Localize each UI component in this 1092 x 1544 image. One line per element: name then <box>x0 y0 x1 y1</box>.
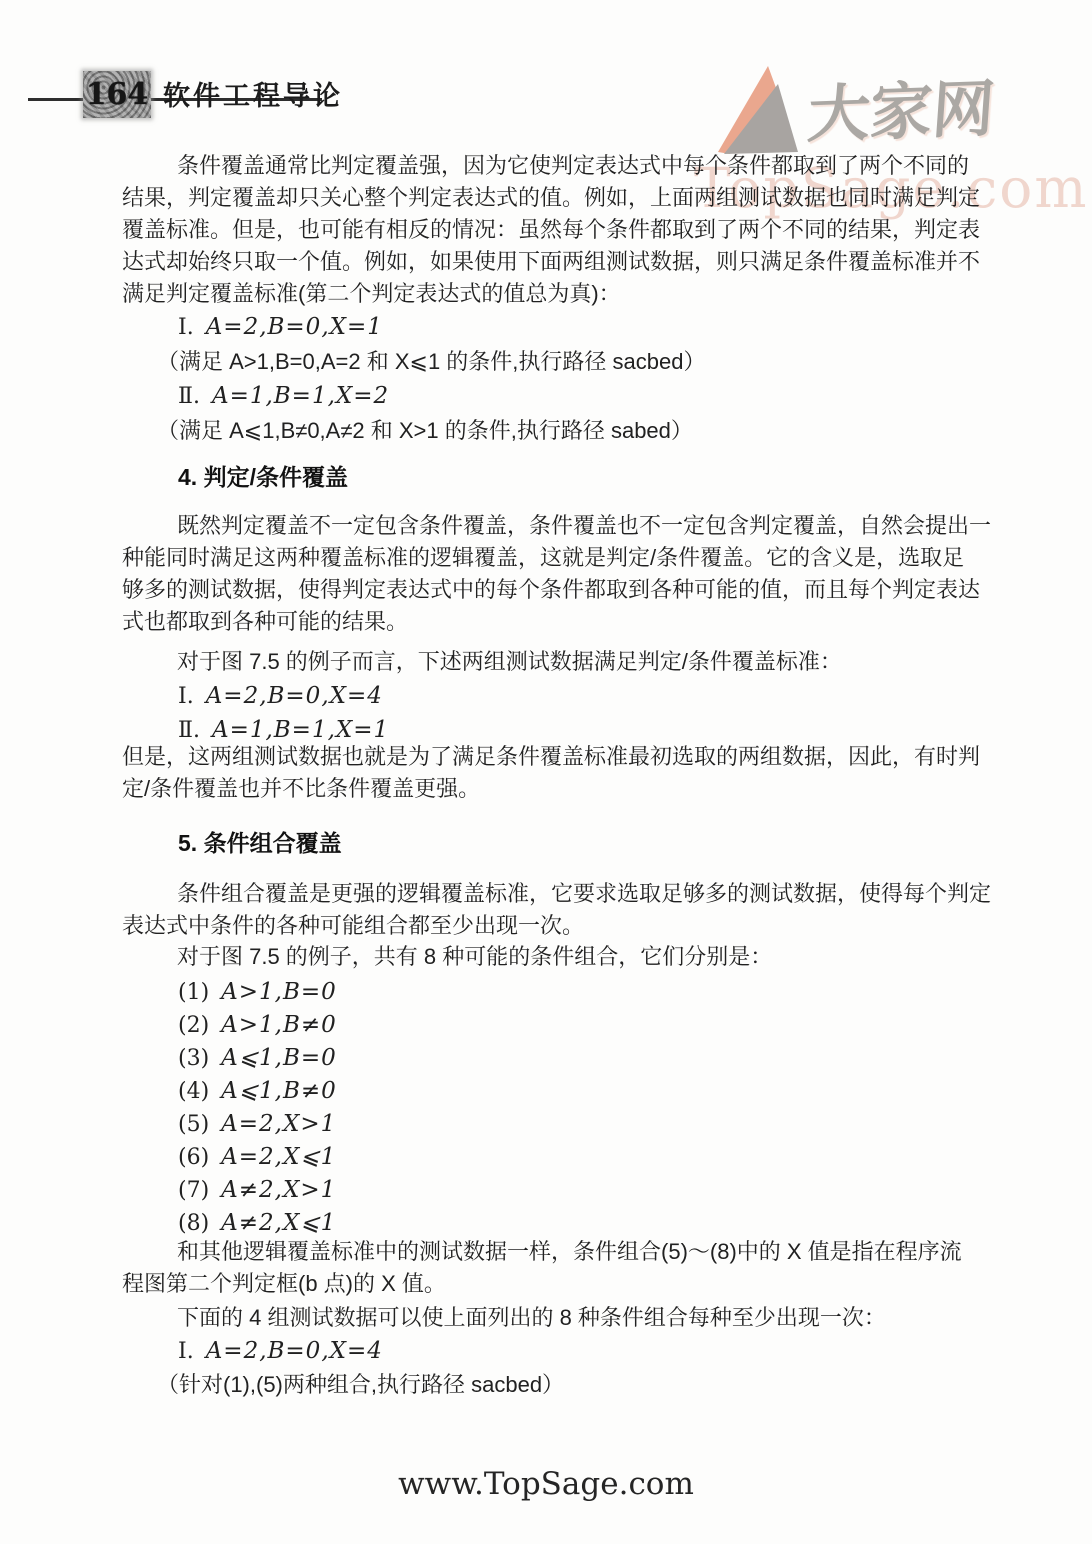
text-line: 种能同时满足这两种覆盖标准的逻辑覆盖，这就是判定/条件覆盖。它的含义是，选取足 <box>122 542 1042 574</box>
text-line: 覆盖标准。但是，也可能有相反的情况：虽然每个条件都取到了两个不同的结果，判定表 <box>122 214 1042 246</box>
logo-text: 大家网 <box>806 79 997 147</box>
test-case-line: Ⅱ.A=1,B=1,X=2 <box>122 379 1042 414</box>
figure-reference-line: 对于图 7.5 的例子而言，下述两组测试数据满足判定/条件覆盖标准： <box>122 646 1042 678</box>
test-case-line: Ⅰ.A=2,B=0,X=1 <box>122 310 1042 345</box>
condition-note: （满足 A⩽1,B≠0,A≠2 和 X>1 的条件,执行路径 sabed） <box>122 414 1042 448</box>
equation: A=1,B=1,X=2 <box>212 383 389 409</box>
paragraph-decision-condition-coverage: 既然判定覆盖不一定包含条件覆盖，条件覆盖也不一定包含判定覆盖，自然会提出一 种能… <box>122 510 1042 638</box>
combo-number: (6) <box>178 1145 209 1170</box>
condition-note: （满足 A>1,B=0,A=2 和 X⩽1 的条件,执行路径 sacbed） <box>122 345 1042 379</box>
text-line: 定/条件覆盖也并不比条件覆盖更强。 <box>122 773 1042 805</box>
combo-item: (1)A>1,B=0 <box>122 976 1042 1009</box>
section-heading-4: 4. 判定/条件覆盖 <box>122 461 1042 493</box>
text-line: 条件覆盖通常比判定覆盖强，因为它使判定表达式中每个条件都取到了两个不同的 <box>122 150 1042 182</box>
page-number: 164 <box>86 77 149 112</box>
combo-number: (3) <box>178 1046 209 1071</box>
equation: A=2,B=0,X=4 <box>206 1338 383 1364</box>
book-title: 软件工程导论 <box>163 74 343 113</box>
combo-number: (4) <box>178 1079 209 1104</box>
combo-item: (7)A≠2,X>1 <box>122 1174 1042 1207</box>
equation: A⩽1,B≠0 <box>221 1078 337 1104</box>
text-line: 和其他逻辑覆盖标准中的测试数据一样，条件组合(5)～(8)中的 X 值是指在程序… <box>122 1236 1042 1268</box>
combo-item: (6)A=2,X⩽1 <box>122 1141 1042 1174</box>
equation: A=2,B=0,X=4 <box>206 683 383 709</box>
paragraph-conclusion: 但是，这两组测试数据也就是为了满足条件覆盖标准最初选取的两组数据，因此，有时判 … <box>122 741 1042 805</box>
heading-text: 5. 条件组合覆盖 <box>122 827 1042 859</box>
text-line: 但是，这两组测试数据也就是为了满足条件覆盖标准最初选取的两组数据，因此，有时判 <box>122 741 1042 773</box>
text-line: 下面的 4 组测试数据可以使上面列出的 8 种条件组合每种至少出现一次： <box>122 1302 1042 1334</box>
text-line: 表达式中条件的各种可能组合都至少出现一次。 <box>122 910 1042 942</box>
text-line: 既然判定覆盖不一定包含条件覆盖，条件覆盖也不一定包含判定覆盖，自然会提出一 <box>122 510 1042 542</box>
text-line: 程图第二个判定框(b 点)的 X 值。 <box>122 1268 1042 1300</box>
book-page: 164 软件工程导论 大家网 TopSage.com 条件覆盖通常比判定覆盖强，… <box>0 0 1092 1544</box>
text-line: 结果，判定覆盖却只关心整个判定表达式的值。例如，上面两组测试数据也同时满足判定 <box>122 182 1042 214</box>
text-line: 满足判定覆盖标准(第二个判定表达式的值总为真)： <box>122 278 1042 310</box>
test-data-list-2: Ⅰ.A=2,B=0,X=4 Ⅱ.A=1,B=1,X=1 <box>122 679 1042 747</box>
test-data-list-1: Ⅰ.A=2,B=0,X=1 （满足 A>1,B=0,A=2 和 X⩽1 的条件,… <box>122 310 1042 448</box>
combo-item: (2)A>1,B≠0 <box>122 1009 1042 1042</box>
heading-text: 4. 判定/条件覆盖 <box>122 461 1042 493</box>
condition-note: （针对(1),(5)两种组合,执行路径 sacbed） <box>122 1368 1042 1401</box>
roman-numeral: Ⅱ. <box>178 718 200 743</box>
equation: A=2,B=0,X=1 <box>206 314 383 340</box>
section-heading-5: 5. 条件组合覆盖 <box>122 827 1042 859</box>
test-case-line: Ⅰ.A=2,B=0,X=4 <box>122 1334 1042 1368</box>
combo-number: (5) <box>178 1112 209 1137</box>
paragraph-condition-coverage: 条件覆盖通常比判定覆盖强，因为它使判定表达式中每个条件都取到了两个不同的 结果，… <box>122 150 1042 310</box>
paragraph-combination-coverage: 条件组合覆盖是更强的逻辑覆盖标准，它要求选取足够多的测试数据，使得每个判定 表达… <box>122 878 1042 942</box>
test-data-list-3: Ⅰ.A=2,B=0,X=4 （针对(1),(5)两种组合,执行路径 sacbed… <box>122 1334 1042 1401</box>
page-number-badge: 164 <box>83 71 151 118</box>
combo-number: (2) <box>178 1013 209 1038</box>
equation: A>1,B=0 <box>221 979 337 1005</box>
dajiawang-logo: 大家网 <box>716 60 1046 160</box>
roman-numeral: Ⅰ. <box>178 684 194 709</box>
equation: A=2,X>1 <box>221 1111 336 1137</box>
roman-numeral: Ⅱ. <box>178 384 200 409</box>
combo-item: (4)A⩽1,B≠0 <box>122 1075 1042 1108</box>
text-line: 对于图 7.5 的例子而言，下述两组测试数据满足判定/条件覆盖标准： <box>122 646 1042 678</box>
combo-item: (5)A=2,X>1 <box>122 1108 1042 1141</box>
text-line: 对于图 7.5 的例子，共有 8 种可能的条件组合，它们分别是： <box>122 941 1042 973</box>
equation: A≠2,X>1 <box>221 1177 336 1203</box>
equation: A=2,X⩽1 <box>221 1144 336 1170</box>
paragraph-x-value-note: 和其他逻辑覆盖标准中的测试数据一样，条件组合(5)～(8)中的 X 值是指在程序… <box>122 1236 1042 1300</box>
condition-combination-list: (1)A>1,B=0 (2)A>1,B≠0 (3)A⩽1,B=0 (4)A⩽1,… <box>122 976 1042 1240</box>
footer-url: www.TopSage.com <box>0 1466 1092 1502</box>
logo-sail-icon <box>716 64 800 156</box>
combo-item: (3)A⩽1,B=0 <box>122 1042 1042 1075</box>
roman-numeral: Ⅰ. <box>178 1339 194 1364</box>
roman-numeral: Ⅰ. <box>178 315 194 340</box>
combo-number: (8) <box>178 1211 209 1236</box>
combo-number: (7) <box>178 1178 209 1203</box>
equation: A>1,B≠0 <box>221 1012 337 1038</box>
text-line: 达式却始终只取一个值。例如，如果使用下面两组测试数据，则只满足条件覆盖标准并不 <box>122 246 1042 278</box>
text-line: 式也都取到各种可能的结果。 <box>122 606 1042 638</box>
equation: A=1,B=1,X=1 <box>212 717 389 743</box>
test-case-line: Ⅰ.A=2,B=0,X=4 <box>122 679 1042 713</box>
combo-number: (1) <box>178 980 209 1005</box>
equation: A⩽1,B=0 <box>221 1045 337 1071</box>
figure-reference-line: 对于图 7.5 的例子，共有 8 种可能的条件组合，它们分别是： <box>122 941 1042 973</box>
text-line: 够多的测试数据，使得判定表达式中的每个条件都取到各种可能的值，而且每个判定表达 <box>122 574 1042 606</box>
equation: A≠2,X⩽1 <box>221 1210 336 1236</box>
text-line: 条件组合覆盖是更强的逻辑覆盖标准，它要求选取足够多的测试数据，使得每个判定 <box>122 878 1042 910</box>
paragraph-four-test-groups: 下面的 4 组测试数据可以使上面列出的 8 种条件组合每种至少出现一次： <box>122 1302 1042 1334</box>
